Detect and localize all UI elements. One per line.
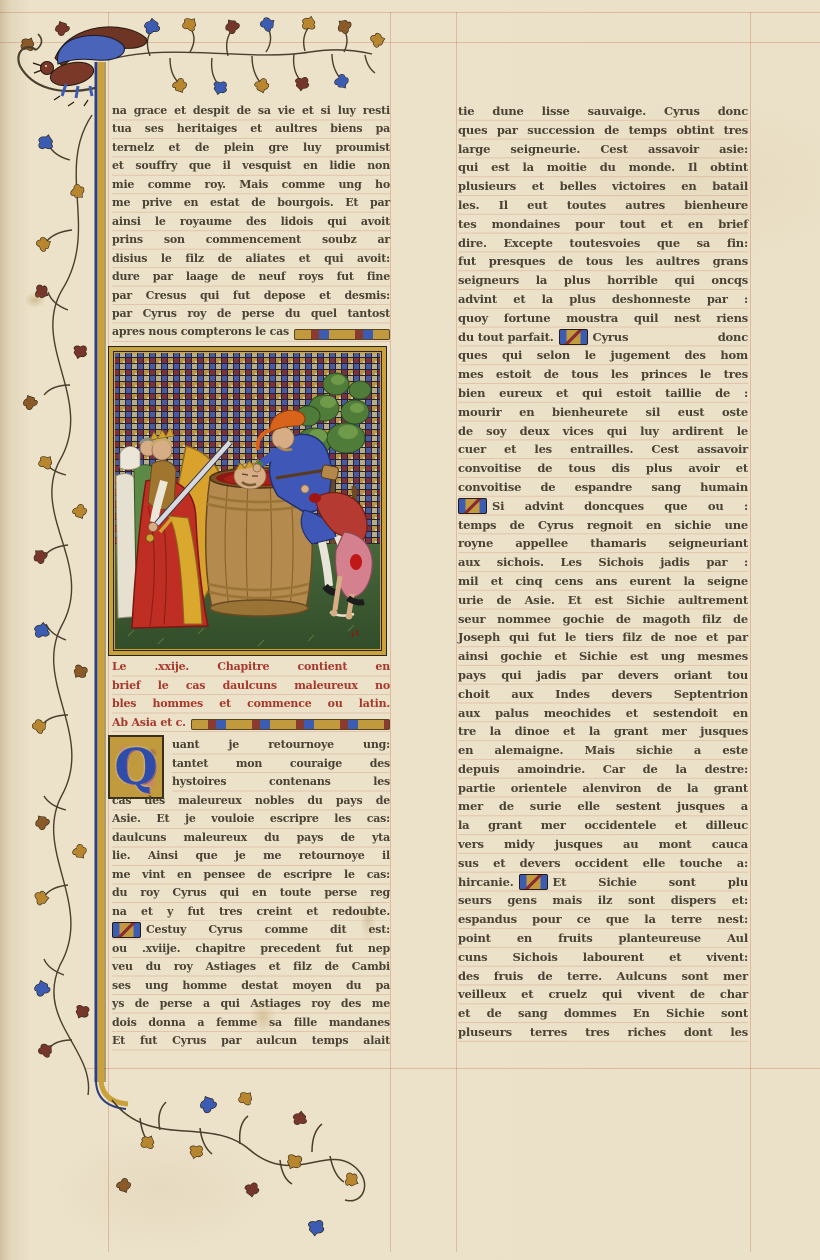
text-line: dire. Excepte toutesvoies que sa fin: xyxy=(458,234,748,253)
text-line: et de sang dommes En Sichie sont xyxy=(458,1004,748,1023)
text-line: Le .xxije. Chapitre contient en xyxy=(112,658,390,677)
text-line: pluseurs terres tres riches dont les xyxy=(458,1023,748,1042)
line-filler-ornament xyxy=(191,719,390,730)
text-line: dure par laage de neuf roys fut fine xyxy=(112,268,390,286)
text-line: quoy fortune moustra quil nest riens xyxy=(458,309,748,328)
text-line: na et y fut tres creint et redoubte. xyxy=(112,903,390,922)
text-line: partie orientele alenviron de la grant xyxy=(458,779,748,798)
text-line: ques qui selon le jugement des hom xyxy=(458,346,748,365)
text-line: de soy deux vices qui luy ardirent le xyxy=(458,422,748,441)
initial-letter: Q xyxy=(114,742,158,792)
text-line: en alemaigne. Mais sichie a este xyxy=(458,741,748,760)
text-line: Asie. Et je vouloie escripre les cas: xyxy=(112,810,390,829)
text-line: ternelz et de plein gre luy proumist xyxy=(112,139,390,157)
text-line: du tout parfait.Cyrus donc xyxy=(458,328,748,347)
text-line: par Cresus qui fut depose et desmis: xyxy=(112,287,390,305)
text-line: plusieurs et belles victoires en batail xyxy=(458,177,748,196)
text-line: urie de Asie. Et est Sichie aultrement xyxy=(458,591,748,610)
ivy-leaves-left xyxy=(21,132,91,1060)
text-line: na grace et despit de sa vie et si luy r… xyxy=(112,102,390,120)
text-line: Et fut Cyrus par aulcun temps alait xyxy=(112,1032,390,1051)
paraph-mark xyxy=(458,498,487,514)
text-line: vers midy jusques au mont cauca xyxy=(458,835,748,854)
line-filler-ornament xyxy=(294,329,390,340)
miniature-painting xyxy=(108,346,387,656)
text-line: hystoires contenans les xyxy=(172,773,390,792)
text-line: pays qui jadis par devers oriant tou xyxy=(458,666,748,685)
text-line: depuis amoindrie. Car de la destre: xyxy=(458,760,748,779)
text-line: par Cyrus roy de perse du quel tantost xyxy=(112,305,390,323)
text-line: tantet mon couraige des xyxy=(172,755,390,774)
text-line: Joseph qui fut le tiers filz de noe et p… xyxy=(458,628,748,647)
text-line: convoitise de tous dis plus avoir et xyxy=(458,459,748,478)
text-line: Cestuy Cyrus comme dit est: xyxy=(112,921,390,940)
text-line: tre la dinoe et la grant mer jusques xyxy=(458,722,748,741)
text-line: cuns Sichois labourent et vivent: xyxy=(458,948,748,967)
text-line: ainsi le royaume des lidois qui avoit xyxy=(112,213,390,231)
left-column-block1: na grace et despit de sa vie et si luy r… xyxy=(112,102,390,342)
text-line: ys de perse a qui Astiages roy des me xyxy=(112,995,390,1014)
text-line: uant je retournoye ung: xyxy=(172,736,390,755)
top-vine xyxy=(108,27,375,84)
intro-paragraph-indented: uant je retournoye ung:tantet mon courai… xyxy=(172,736,390,792)
text-line: apres nous compterons le cas xyxy=(112,323,390,341)
text-line: mer de surie elle sestent jusques a xyxy=(458,797,748,816)
manuscript-page: na grace et despit de sa vie et si luy r… xyxy=(0,0,820,1260)
right-column: tie dune lisse sauvaige. Cyrus doncques … xyxy=(458,102,748,1042)
text-line: veilleux et cruelz qui vivent de char xyxy=(458,985,748,1004)
text-line: temps de Cyrus regnoit en sichie une xyxy=(458,516,748,535)
text-line: cuer et les entrailles. Cest assavoir xyxy=(458,440,748,459)
paraph-mark xyxy=(559,329,588,345)
text-line: et souffry que il vesquist en lidie non xyxy=(112,157,390,175)
text-line: aux sichois. Les Sichois jadis par : xyxy=(458,553,748,572)
text-line: me vint en pensee de escripre le cas: xyxy=(112,866,390,885)
text-line: seurs gens mais ilz sont dispers et: xyxy=(458,891,748,910)
text-line: mes estoit de tous les princes le tres xyxy=(458,365,748,384)
left-vine xyxy=(42,115,92,1095)
ivy-leaves-bottom xyxy=(115,1088,362,1237)
text-line: dois donna a femme sa fille mandanes xyxy=(112,1014,390,1033)
text-line: Si advint doncques que ou : xyxy=(458,497,748,516)
text-line: sus et devers occident elle touche a: xyxy=(458,854,748,873)
text-line: seur nommee gochie de magoth filz de xyxy=(458,610,748,629)
text-line: choit aux Indes devers Septentrion xyxy=(458,685,748,704)
dragon-drollery-icon xyxy=(18,27,146,106)
text-line: me prive en estat de bourgois. Et par xyxy=(112,194,390,212)
text-line: seigneurs la plus horrible qui oncqs xyxy=(458,271,748,290)
text-line: hircanie.Et Sichie sont plu xyxy=(458,873,748,892)
text-line: espandus pour ce que la terre nest: xyxy=(458,910,748,929)
text-line: cas des maleureux nobles du pays de xyxy=(112,792,390,811)
left-column-paragraph2: Cestuy Cyrus comme dit est:ou .xviije. c… xyxy=(112,921,390,1051)
text-line: Ab Asia et c. xyxy=(112,714,390,733)
text-line: du roy Cyrus qui en toute perse reg xyxy=(112,884,390,903)
text-line: tie dune lisse sauvaige. Cyrus donc xyxy=(458,102,748,121)
text-line: des fruis de terre. Aulcuns sont mer xyxy=(458,967,748,986)
text-line: mil et cinq cens ans eurent la seigne xyxy=(458,572,748,591)
text-line: royne appellee thamaris seigneuriant xyxy=(458,534,748,553)
paraph-mark xyxy=(112,922,141,938)
text-line: qui est la moitie du monde. Il obtint xyxy=(458,158,748,177)
text-line: bles hommes et commence ou latin. xyxy=(112,695,390,714)
text-line: convoitise de espandre sang humain xyxy=(458,478,748,497)
text-line: bien eureux et qui estoit taillie de : xyxy=(458,384,748,403)
paraph-mark xyxy=(519,874,548,890)
text-line: les. Il eut toutes autres bienheure xyxy=(458,196,748,215)
text-line: brief le cas daulcuns maleureux no xyxy=(112,677,390,696)
chapter-rubric: Le .xxije. Chapitre contient enbrief le … xyxy=(112,658,390,732)
text-line: mourir en bienheurete sil eust oste xyxy=(458,403,748,422)
text-line: prins son commencement soubz ar xyxy=(112,231,390,249)
text-line: large seigneurie. Cest assavoir asie: xyxy=(458,140,748,159)
illuminated-initial-Q: Q xyxy=(108,735,164,799)
text-line: tes mondaines pour tout et en brief xyxy=(458,215,748,234)
text-line: point en fruits planteureuse Aul xyxy=(458,929,748,948)
text-line: ses ung homme destat moyen du pa xyxy=(112,977,390,996)
text-line: veu du roy Astiages et filz de Cambi xyxy=(112,958,390,977)
text-line: ou .xviije. chapitre precedent fut nep xyxy=(112,940,390,959)
text-line: ainsi gochie et Sichie est ung mesmes xyxy=(458,647,748,666)
text-line: advint et la plus deshonneste par : xyxy=(458,290,748,309)
text-line: la grant mer occidentele et dilleuc xyxy=(458,816,748,835)
text-line: aux palus meochides et sestendoit en xyxy=(458,704,748,723)
text-line: ques par succession de temps obtint tres xyxy=(458,121,748,140)
intro-paragraph: cas des maleureux nobles du pays deAsie.… xyxy=(112,792,390,922)
text-line: tua ses heritaiges et aultres biens pa xyxy=(112,120,390,138)
bottom-vine xyxy=(112,1100,365,1201)
text-line: daulcuns maleureux du pays de yta xyxy=(112,829,390,848)
text-line: fut presques de tous les aultres grans xyxy=(458,252,748,271)
text-line: mie comme roy. Mais comme ung ho xyxy=(112,176,390,194)
text-line: disius le filz de aliates et qui avoit: xyxy=(112,250,390,268)
text-line: lie. Ainsi que je me retournoye il xyxy=(112,847,390,866)
